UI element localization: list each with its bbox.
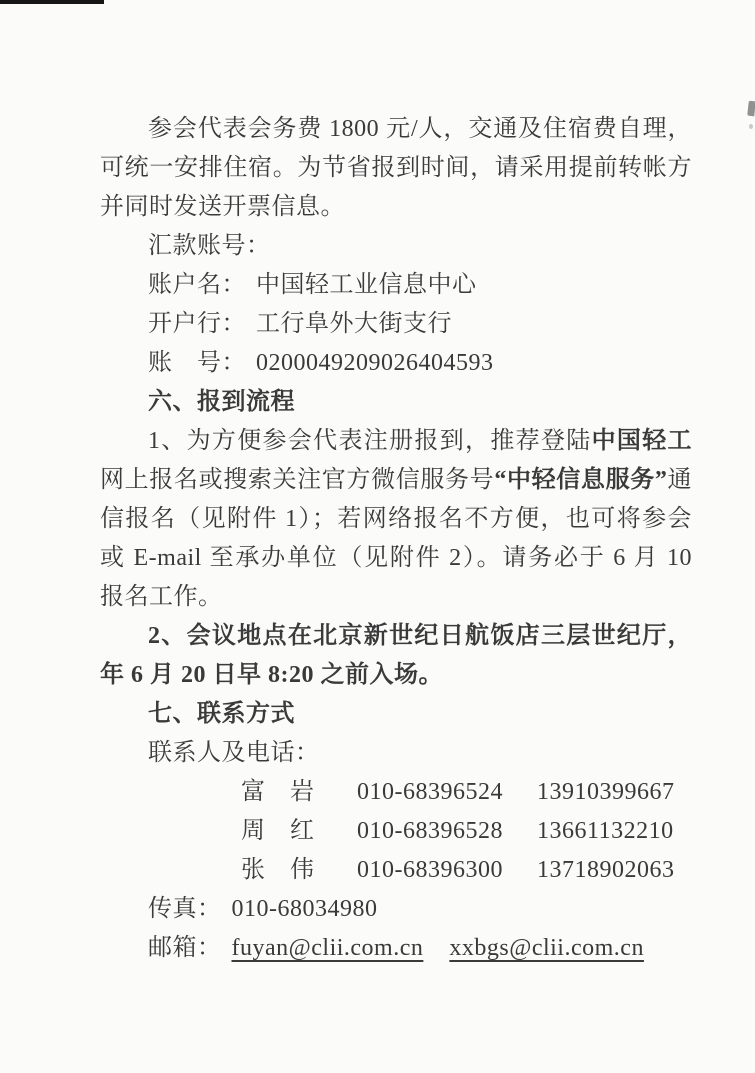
contact-name: 周 红 [241,812,315,851]
scan-artifact-top-bar [0,0,104,4]
email-line: 邮箱：fuyan@clii.com.cnxxbgs@clii.com.cn [100,929,692,968]
contact-mobile: 13718902063 [537,851,675,890]
registration-line4: 或 E-mail 至承办单位（见附件 2）。请务必于 6 月 10 日前完成 [100,539,692,578]
contact-row: 张 伟010-6839630013718902063 [100,851,692,890]
contact-phone: 010-68396300 [357,851,507,890]
scan-artifact-edge-dot [749,124,753,129]
contact-phone: 010-68396524 [357,773,507,812]
scan-artifact-edge-mark [747,101,755,117]
bank-branch-line: 开户行：工行阜外大街支行 [100,305,692,344]
section-seven-heading: 七、联系方式 [100,695,692,734]
document-content: 参会代表会务费 1800 元/人，交通及住宿费自理，组委会 可统一安排住宿。为节… [100,110,692,968]
venue-line1: 2、会议地点在北京新世纪日航饭店三层世纪厅，请在 2018 [100,617,692,656]
fax-line: 传真：010-68034980 [100,890,692,929]
contacts-intro: 联系人及电话： [100,734,692,773]
contact-mobile: 13910399667 [537,773,675,812]
account-name-label: 账户名： [148,272,246,298]
email-address-primary: fuyan@clii.com.cn [232,935,424,961]
registration-line2-text: 网上报名或搜索关注官方微信服务号 [100,467,494,493]
registration-line1-text: 1、为方便参会代表注册报到，推荐登陆 [148,428,592,454]
contact-name: 富 岩 [241,773,315,812]
scanned-document-page: 参会代表会务费 1800 元/人，交通及住宿费自理，组委会 可统一安排住宿。为节… [0,0,755,1073]
registration-line3: 信报名（见附件 1）；若网络报名不方便，也可将参会回执传真 [100,500,692,539]
email-address-secondary: xxbgs@clii.com.cn [449,935,644,961]
bank-branch-label: 开户行： [148,311,246,337]
fax-label: 传真： [148,896,222,922]
fee-paragraph-line3: 并同时发送开票信息。 [100,188,692,227]
venue-line2: 年 6 月 20 日早 8:20 之前入场。 [100,656,692,695]
contact-row: 富 岩010-6839652413910399667 [100,773,692,812]
registration-line1: 1、为方便参会代表注册报到，推荐登陆中国轻工业网进行 [100,422,692,461]
wechat-service-account-name: “中轻信息服务” [494,467,667,493]
contact-mobile: 13661132210 [537,812,674,851]
email-label: 邮箱： [148,935,222,961]
fax-number: 010-68034980 [232,896,378,922]
account-name-value: 中国轻工业信息中心 [256,272,477,298]
registration-line2: 网上报名或搜索关注官方微信服务号“中轻信息服务”通过微 [100,461,692,500]
fee-paragraph-line2: 可统一安排住宿。为节省报到时间，请采用提前转帐方式缴纳 [100,149,692,188]
account-name-line: 账户名：中国轻工业信息中心 [100,266,692,305]
account-number-line: 账 号：0200049209026404593 [100,344,692,383]
account-number-label: 账 号： [148,350,246,376]
contact-row: 周 红010-6839652813661132210 [100,812,692,851]
remit-account-title: 汇款账号： [100,227,692,266]
contact-name: 张 伟 [241,851,315,890]
registration-line5: 报名工作。 [100,578,692,617]
section-six-heading: 六、报到流程 [100,383,692,422]
fee-paragraph-line1: 参会代表会务费 1800 元/人，交通及住宿费自理，组委会 [100,110,692,149]
bank-branch-value: 工行阜外大街支行 [256,311,452,337]
contact-phone: 010-68396528 [357,812,507,851]
account-number-value: 0200049209026404593 [256,350,494,376]
